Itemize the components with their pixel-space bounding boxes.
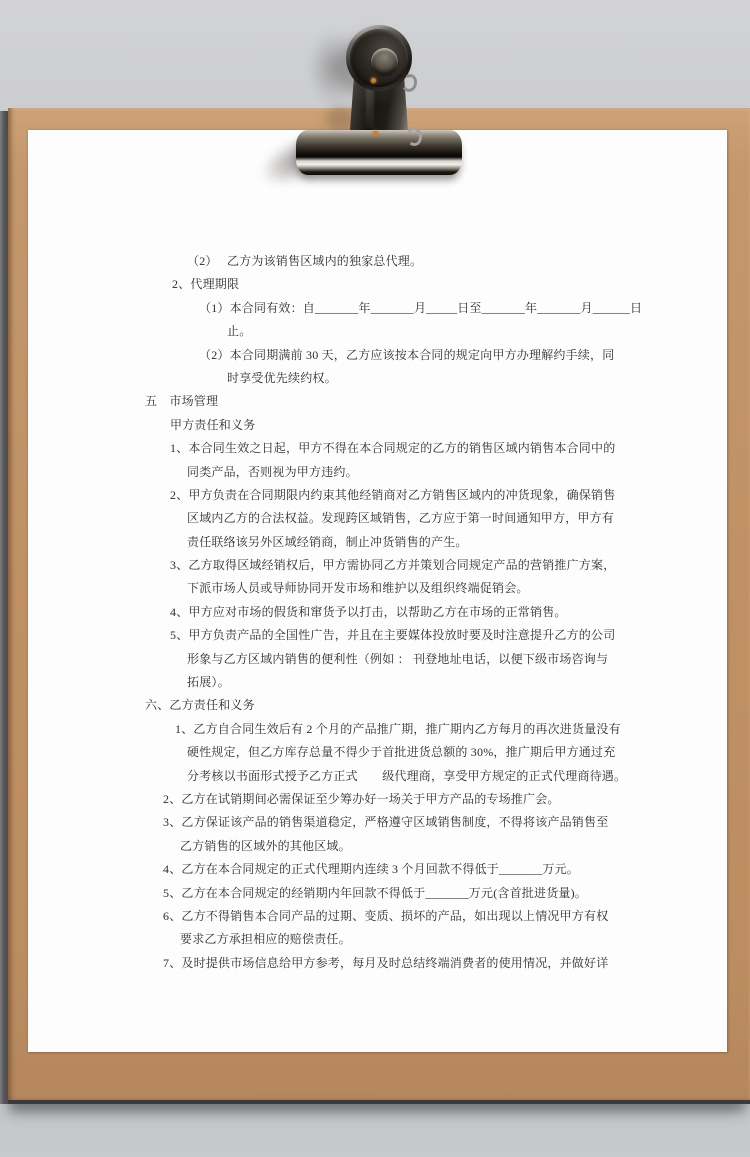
clip-knob-hole — [371, 48, 398, 75]
document-lines: （2） 乙方为该销售区域内的独家总代理。2、代理期限（1）本合同有效：自____… — [28, 250, 727, 975]
document-line: 责任联络该另外区域经销商，制止冲货销售的产生。 — [28, 531, 727, 554]
document-line: 2、乙方在试销期间必需保证至少筹办好一场关于甲方产品的专场推广会。 — [28, 788, 727, 811]
document-line: 拓展）。 — [28, 671, 727, 694]
clip-jaw-bar — [296, 130, 462, 175]
clip-glint-upper — [371, 78, 376, 83]
document-line: 形象与乙方区域内销售的便利性（例如 ： 刊登地址电话，以便下级市场咨询与 — [28, 648, 727, 671]
document-line: 1、乙方自合同生效后有 2 个月的产品推广期，推广期内乙方每月的再次进货量没有 — [28, 718, 727, 741]
document-line: （2）本合同期满前 30 天，乙方应该按本合同的规定向甲方办理解约手续，同 — [28, 344, 727, 367]
document-line: 4、甲方应对市场的假货和窜货予以打击，以帮助乙方在市场的正常销售。 — [28, 601, 727, 624]
document-line: 3、乙方保证该产品的销售渠道稳定，严格遵守区域销售制度，不得将该产品销售至 — [28, 811, 727, 834]
document-line: 4、乙方在本合同规定的正式代理期内连续 3 个月回款不得低于_______万元。 — [28, 858, 727, 881]
document-line: 1、本合同生效之日起，甲方不得在本合同规定的乙方的销售区域内销售本合同中的 — [28, 437, 727, 460]
document-line: 2、甲方负责在合同期限内约束其他经销商对乙方销售区域内的冲货现象，确保销售 — [28, 484, 727, 507]
document-line: 下派市场人员或导师协同开发市场和维护以及组织终端促销会。 — [28, 577, 727, 600]
document-line: 时享受优先续约权。 — [28, 367, 727, 390]
document-line: 硬性规定，但乙方库存总量不得少于首批进货总额的 30%，推广期后甲方通过充 — [28, 741, 727, 764]
document-line: 7、及时提供市场信息给甲方参考，每月及时总结终端消费者的使用情况，并做好详 — [28, 952, 727, 975]
document-line: 分考核以书面形式授予乙方正式 级代理商，享受甲方规定的正式代理商待遇。 — [28, 765, 727, 788]
document-line: 同类产品，否则视为甲方违约。 — [28, 461, 727, 484]
document-line: 3、乙方取得区域经销权后，甲方需协同乙方并策划合同规定产品的营销推广方案， — [28, 554, 727, 577]
document-line: （2） 乙方为该销售区域内的独家总代理。 — [28, 250, 727, 273]
document-line: 要求乙方承担相应的赔偿责任。 — [28, 928, 727, 951]
document-line: 甲方责任和义务 — [28, 414, 727, 437]
scene: （2） 乙方为该销售区域内的独家总代理。2、代理期限（1）本合同有效：自____… — [0, 0, 750, 1157]
document-line: 5、甲方负责产品的全国性广告，并且在主要媒体投放时要及时注意提升乙方的公司 — [28, 624, 727, 647]
clip-glint-lower — [373, 131, 378, 136]
document-line: 区域内乙方的合法权益。发现跨区域销售，乙方应于第一时间通知甲方，甲方有 — [28, 507, 727, 530]
document-line: 6、乙方不得销售本合同产品的过期、变质、损坏的产品，如出现以上情况甲方有权 — [28, 905, 727, 928]
document-line: 5、乙方在本合同规定的经销期内年回款不得低于_______万元(含首批进货量)。 — [28, 882, 727, 905]
document-line: 止。 — [28, 320, 727, 343]
document-line: 2、代理期限 — [28, 273, 727, 296]
document-line: 六、乙方责任和义务 — [28, 694, 727, 717]
document-line: 乙方销售的区域外的其他区域。 — [28, 835, 727, 858]
document-line: （1）本合同有效：自_______年_______月_____日至_______… — [28, 297, 727, 320]
paper-sheet: （2） 乙方为该销售区域内的独家总代理。2、代理期限（1）本合同有效：自____… — [28, 130, 727, 1052]
document-line: 五 市场管理 — [28, 390, 727, 413]
